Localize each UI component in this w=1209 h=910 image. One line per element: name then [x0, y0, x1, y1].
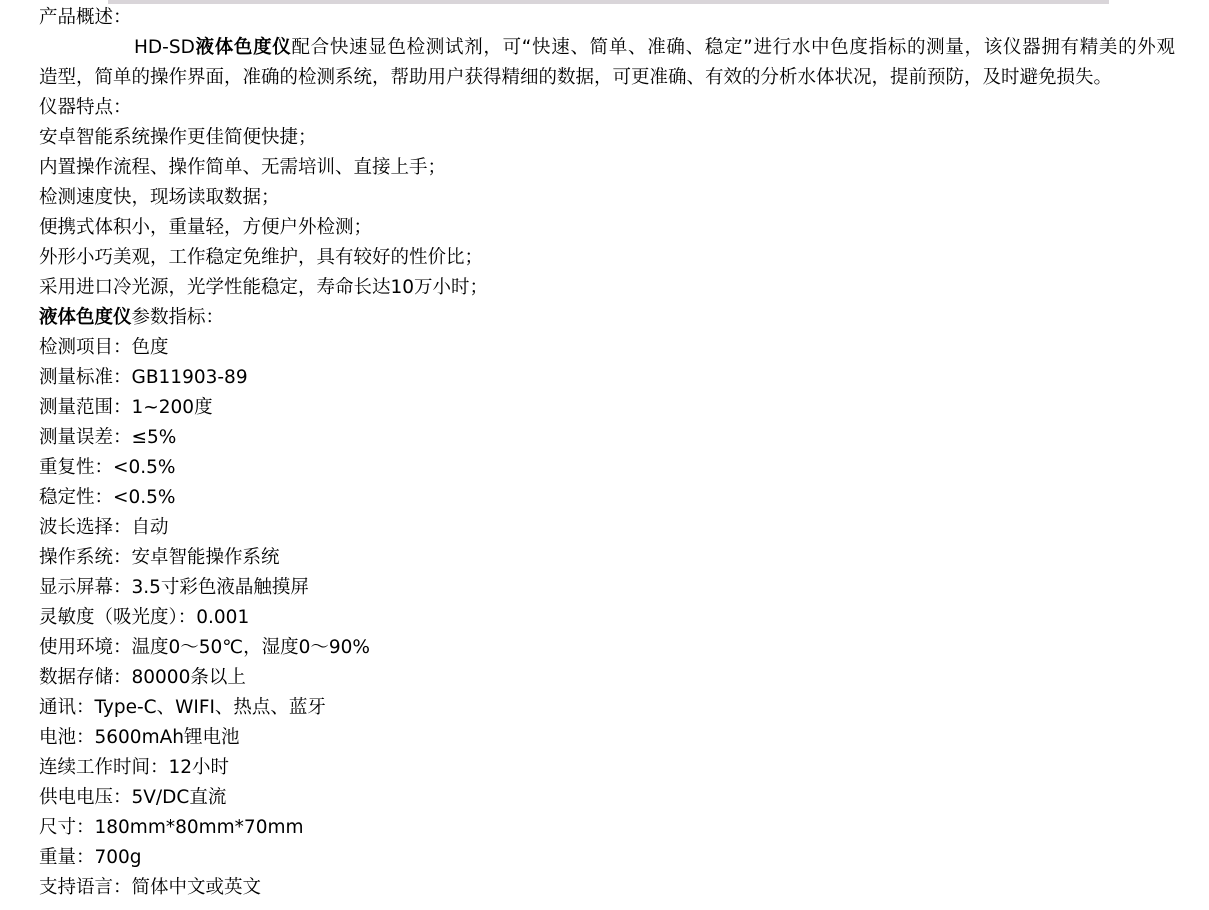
text-segment: 通讯：Type-C、WIFI、热点、蓝牙	[39, 697, 326, 718]
text-segment: 仪器特点：	[39, 97, 132, 118]
text-segment: 重量：700g	[39, 847, 142, 868]
text-segment: 连续工作时间：12小时	[39, 757, 229, 778]
spec-item-test-item: 检测项目：色度	[39, 333, 1175, 363]
spec-item-standard: 测量标准：GB11903-89	[39, 363, 1175, 393]
spec-item-range: 测量范围：1~200度	[39, 393, 1175, 423]
spec-item-error: 测量误差：≤5%	[39, 423, 1175, 453]
spec-item-sensitivity: 灵敏度（吸光度）：0.001	[39, 603, 1175, 633]
spec-item-os: 操作系统：安卓智能操作系统	[39, 543, 1175, 573]
spec-item-size: 尺寸：180mm*80mm*70mm	[39, 813, 1175, 843]
spec-item-worktime: 连续工作时间：12小时	[39, 753, 1175, 783]
text-segment: 显示屏幕：3.5寸彩色液晶触摸屏	[39, 577, 309, 598]
text-segment: 电池：5600mAh锂电池	[39, 727, 239, 748]
feature-item-android: 安卓智能系统操作更佳简便快捷；	[39, 123, 1175, 153]
overview-heading: 产品概述：	[39, 3, 1175, 33]
text-segment: 重复性：<0.5%	[39, 457, 176, 478]
spec-item-battery: 电池：5600mAh锂电池	[39, 723, 1175, 753]
overview-paragraph-line-1: HD-SD液体色度仪配合快速显色检测试剂，可“快速、简单、准确、稳定”进行水中色…	[39, 33, 1175, 63]
spec-item-storage: 数据存储：80000条以上	[39, 663, 1175, 693]
text-segment: 造型，简单的操作界面，准确的检测系统，帮助用户获得精细的数据，可更准确、有效的分…	[39, 67, 1112, 88]
text-segment: 检测速度快，现场读取数据；	[39, 187, 280, 208]
spec-item-voltage: 供电电压：5V/DC直流	[39, 783, 1175, 813]
overview-paragraph-line-2: 造型，简单的操作界面，准确的检测系统，帮助用户获得精细的数据，可更准确、有效的分…	[39, 63, 1175, 93]
text-segment: 测量范围：1~200度	[39, 397, 213, 418]
text-segment: 内置操作流程、操作简单、无需培训、直接上手；	[39, 157, 446, 178]
text-segment: 测量标准：GB11903-89	[39, 367, 248, 388]
feature-item-appearance: 外形小巧美观，工作稳定免维护，具有较好的性价比；	[39, 243, 1175, 273]
text-segment: 外形小巧美观，工作稳定免维护，具有较好的性价比；	[39, 247, 483, 268]
text-segment: 支持语言：简体中文或英文	[39, 877, 261, 898]
spec-item-communication: 通讯：Type-C、WIFI、热点、蓝牙	[39, 693, 1175, 723]
text-segment: 稳定性：<0.5%	[39, 487, 176, 508]
text-segment: 供电电压：5V/DC直流	[39, 787, 226, 808]
features-heading: 仪器特点：	[39, 93, 1175, 123]
text-segment: 操作系统：安卓智能操作系统	[39, 547, 280, 568]
feature-item-speed: 检测速度快，现场读取数据；	[39, 183, 1175, 213]
spec-item-stability: 稳定性：<0.5%	[39, 483, 1175, 513]
text-segment: 数据存储：80000条以上	[39, 667, 246, 688]
text-segment: 波长选择：自动	[39, 517, 169, 538]
bold-text-segment: 液体色度仪	[39, 307, 132, 328]
spec-item-repeatability: 重复性：<0.5%	[39, 453, 1175, 483]
text-segment: 安卓智能系统操作更佳简便快捷；	[39, 127, 317, 148]
product-description-document: 产品概述：HD-SD液体色度仪配合快速显色检测试剂，可“快速、简单、准确、稳定”…	[39, 3, 1175, 903]
text-segment: 配合快速显色检测试剂，可“快速、简单、准确、稳定”进行水中色度指标的测量，该仪器…	[291, 37, 1175, 58]
text-segment: 产品概述：	[39, 7, 132, 28]
spec-item-weight: 重量：700g	[39, 843, 1175, 873]
spec-item-screen: 显示屏幕：3.5寸彩色液晶触摸屏	[39, 573, 1175, 603]
text-segment: 采用进口冷光源，光学性能稳定，寿命长达10万小时；	[39, 277, 488, 298]
text-segment: 测量误差：≤5%	[39, 427, 176, 448]
text-segment: 灵敏度（吸光度）：0.001	[39, 607, 249, 628]
text-segment: 使用环境：温度0～50℃，湿度0～90%	[39, 637, 370, 658]
text-segment: 便携式体积小，重量轻，方便户外检测；	[39, 217, 372, 238]
spec-item-language: 支持语言：简体中文或英文	[39, 873, 1175, 903]
text-segment: HD-SD	[134, 37, 195, 58]
text-segment: 参数指标：	[132, 307, 225, 328]
spec-item-wavelength: 波长选择：自动	[39, 513, 1175, 543]
bold-text-segment: 液体色度仪	[195, 37, 292, 58]
text-segment: 检测项目：色度	[39, 337, 169, 358]
feature-item-lightsource: 采用进口冷光源，光学性能稳定，寿命长达10万小时；	[39, 273, 1175, 303]
spec-item-environment: 使用环境：温度0～50℃，湿度0～90%	[39, 633, 1175, 663]
specs-heading: 液体色度仪参数指标：	[39, 303, 1175, 333]
feature-item-portable: 便携式体积小，重量轻，方便户外检测；	[39, 213, 1175, 243]
feature-item-builtin-flow: 内置操作流程、操作简单、无需培训、直接上手；	[39, 153, 1175, 183]
text-segment: 尺寸：180mm*80mm*70mm	[39, 817, 304, 838]
